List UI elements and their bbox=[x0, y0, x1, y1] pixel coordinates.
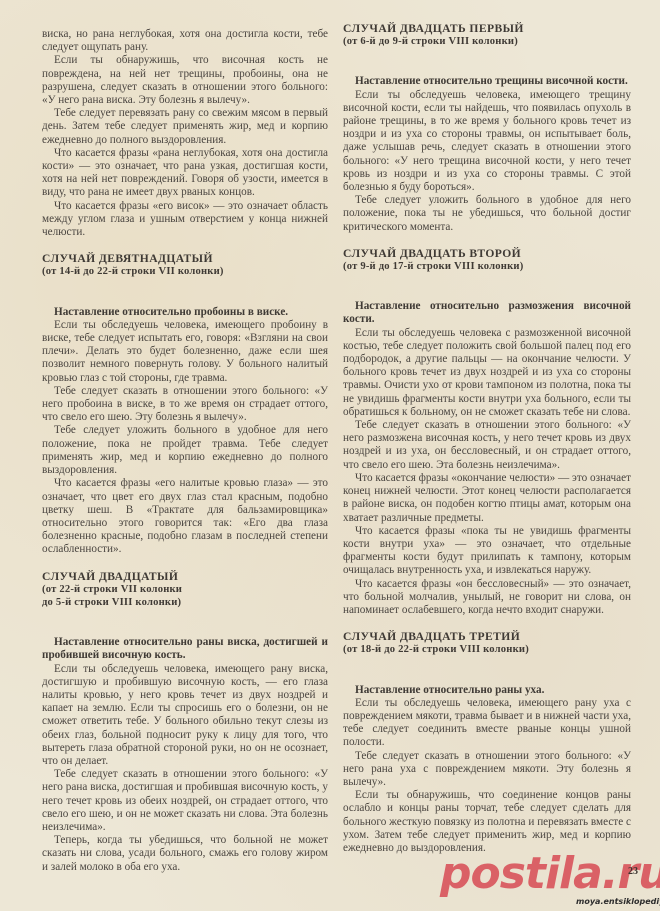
case-section: СЛУЧАЙ ДВАДЦАТЬ ТРЕТИЙ(от 18-й до 22-й с… bbox=[343, 630, 631, 656]
paragraph: Если ты обследуешь человека, имеющего ра… bbox=[42, 663, 328, 769]
case-range: (от 9-й до 17-й строки VIII колонки) bbox=[343, 260, 631, 273]
case-header: СЛУЧАЙ ДВАДЦАТЬ ПЕРВЫЙ(от 6-й до 9-й стр… bbox=[343, 22, 631, 48]
case-title: СЛУЧАЙ ДВАДЦАТЬ ПЕРВЫЙ bbox=[343, 22, 631, 35]
paragraph: Тебе следует уложить больного в удобное … bbox=[343, 194, 631, 234]
paragraph: Что касается фразы «окончание челюсти» —… bbox=[343, 472, 631, 525]
instruction-heading: Наставление относительно пробоины в виск… bbox=[42, 306, 328, 319]
page-number: 23 bbox=[628, 866, 638, 877]
paragraph: Что касается фразы «его висок» — это озн… bbox=[42, 200, 328, 240]
right-column: СЛУЧАЙ ДВАДЦАТЬ ПЕРВЫЙ(от 6-й до 9-й стр… bbox=[343, 22, 631, 855]
instruction-heading: Наставление относительно трещины височно… bbox=[343, 75, 631, 88]
case-range: (от 22-й строки VII колонки bbox=[42, 583, 328, 596]
case-section: СЛУЧАЙ ДВАДЦАТЬ ВТОРОЙ(от 9-й до 17-й ст… bbox=[343, 247, 631, 273]
paragraph: Что касается фразы «он бессловесный» — э… bbox=[343, 578, 631, 618]
paragraph: Если ты обнаружишь, что височная кость н… bbox=[42, 54, 328, 107]
paragraph: Что касается фразы «рана неглубокая, хот… bbox=[42, 147, 328, 200]
document-page: виска, но рана неглубокая, хотя она дост… bbox=[0, 0, 660, 911]
paragraph: Если ты обследуешь человека с размозженн… bbox=[343, 327, 631, 419]
paragraph: виска, но рана неглубокая, хотя она дост… bbox=[42, 28, 328, 54]
watermark: postila.ru bbox=[440, 848, 660, 899]
case-range: (от 14-й до 22-й строки VII колонки) bbox=[42, 265, 328, 278]
paragraph: Тебе следует сказать в отношении этого б… bbox=[343, 750, 631, 790]
paragraph: Тебе следует сказать в отношении этого б… bbox=[42, 385, 328, 425]
paragraph: Теперь, когда ты убедишься, что больной … bbox=[42, 834, 328, 874]
instruction-heading: Наставление относительно раны уха. bbox=[343, 684, 631, 697]
paragraph: Если ты обследуешь человека, имеющего ра… bbox=[343, 697, 631, 750]
case-header: СЛУЧАЙ ДВАДЦАТЫЙ(от 22-й строки VII коло… bbox=[42, 570, 328, 610]
source-label: moya.entsiklopediya bbox=[576, 897, 660, 906]
case-title: СЛУЧАЙ ДЕВЯТНАДЦАТЫЙ bbox=[42, 252, 328, 265]
case-title: СЛУЧАЙ ДВАДЦАТЫЙ bbox=[42, 570, 328, 583]
case-section: СЛУЧАЙ ДВАДЦАТЬ ПЕРВЫЙ(от 6-й до 9-й стр… bbox=[343, 22, 631, 48]
instruction-heading: Наставление относительно размозжения вис… bbox=[343, 300, 631, 326]
case-section: СЛУЧАЙ ДЕВЯТНАДЦАТЫЙ(от 14-й до 22-й стр… bbox=[42, 252, 328, 278]
case-header: СЛУЧАЙ ДЕВЯТНАДЦАТЫЙ(от 14-й до 22-й стр… bbox=[42, 252, 328, 278]
case-section: СЛУЧАЙ ДВАДЦАТЫЙ(от 22-й строки VII коло… bbox=[42, 570, 328, 610]
paragraph: Тебе следует сказать в отношении этого б… bbox=[42, 768, 328, 834]
paragraph: Если ты обнаружишь, что соединение концо… bbox=[343, 789, 631, 855]
paragraph: Тебе следует уложить больного в удобное … bbox=[42, 424, 328, 477]
left-column: виска, но рана неглубокая, хотя она дост… bbox=[42, 28, 328, 874]
case-range: (от 6-й до 9-й строки VIII колонки) bbox=[343, 35, 631, 48]
paragraph: Что касается фразы «его налитые кровью г… bbox=[42, 477, 328, 556]
case-header: СЛУЧАЙ ДВАДЦАТЬ ВТОРОЙ(от 9-й до 17-й ст… bbox=[343, 247, 631, 273]
case-range: до 5-й строки VIII колонки) bbox=[42, 596, 328, 609]
case-title: СЛУЧАЙ ДВАДЦАТЬ ВТОРОЙ bbox=[343, 247, 631, 260]
paragraph: Если ты обследуешь человека, имеющего тр… bbox=[343, 89, 631, 195]
paragraph: Если ты обследуешь человека, имеющего пр… bbox=[42, 319, 328, 385]
instruction-heading: Наставление относительно раны виска, дос… bbox=[42, 636, 328, 662]
case-title: СЛУЧАЙ ДВАДЦАТЬ ТРЕТИЙ bbox=[343, 630, 631, 643]
paragraph: Тебе следует перевязать рану со свежим м… bbox=[42, 107, 328, 147]
paragraph: Тебе следует сказать в отношении этого б… bbox=[343, 419, 631, 472]
paragraph: Что касается фразы «пока ты не увидишь ф… bbox=[343, 525, 631, 578]
case-header: СЛУЧАЙ ДВАДЦАТЬ ТРЕТИЙ(от 18-й до 22-й с… bbox=[343, 630, 631, 656]
case-range: (от 18-й до 22-й строки VIII колонки) bbox=[343, 643, 631, 656]
